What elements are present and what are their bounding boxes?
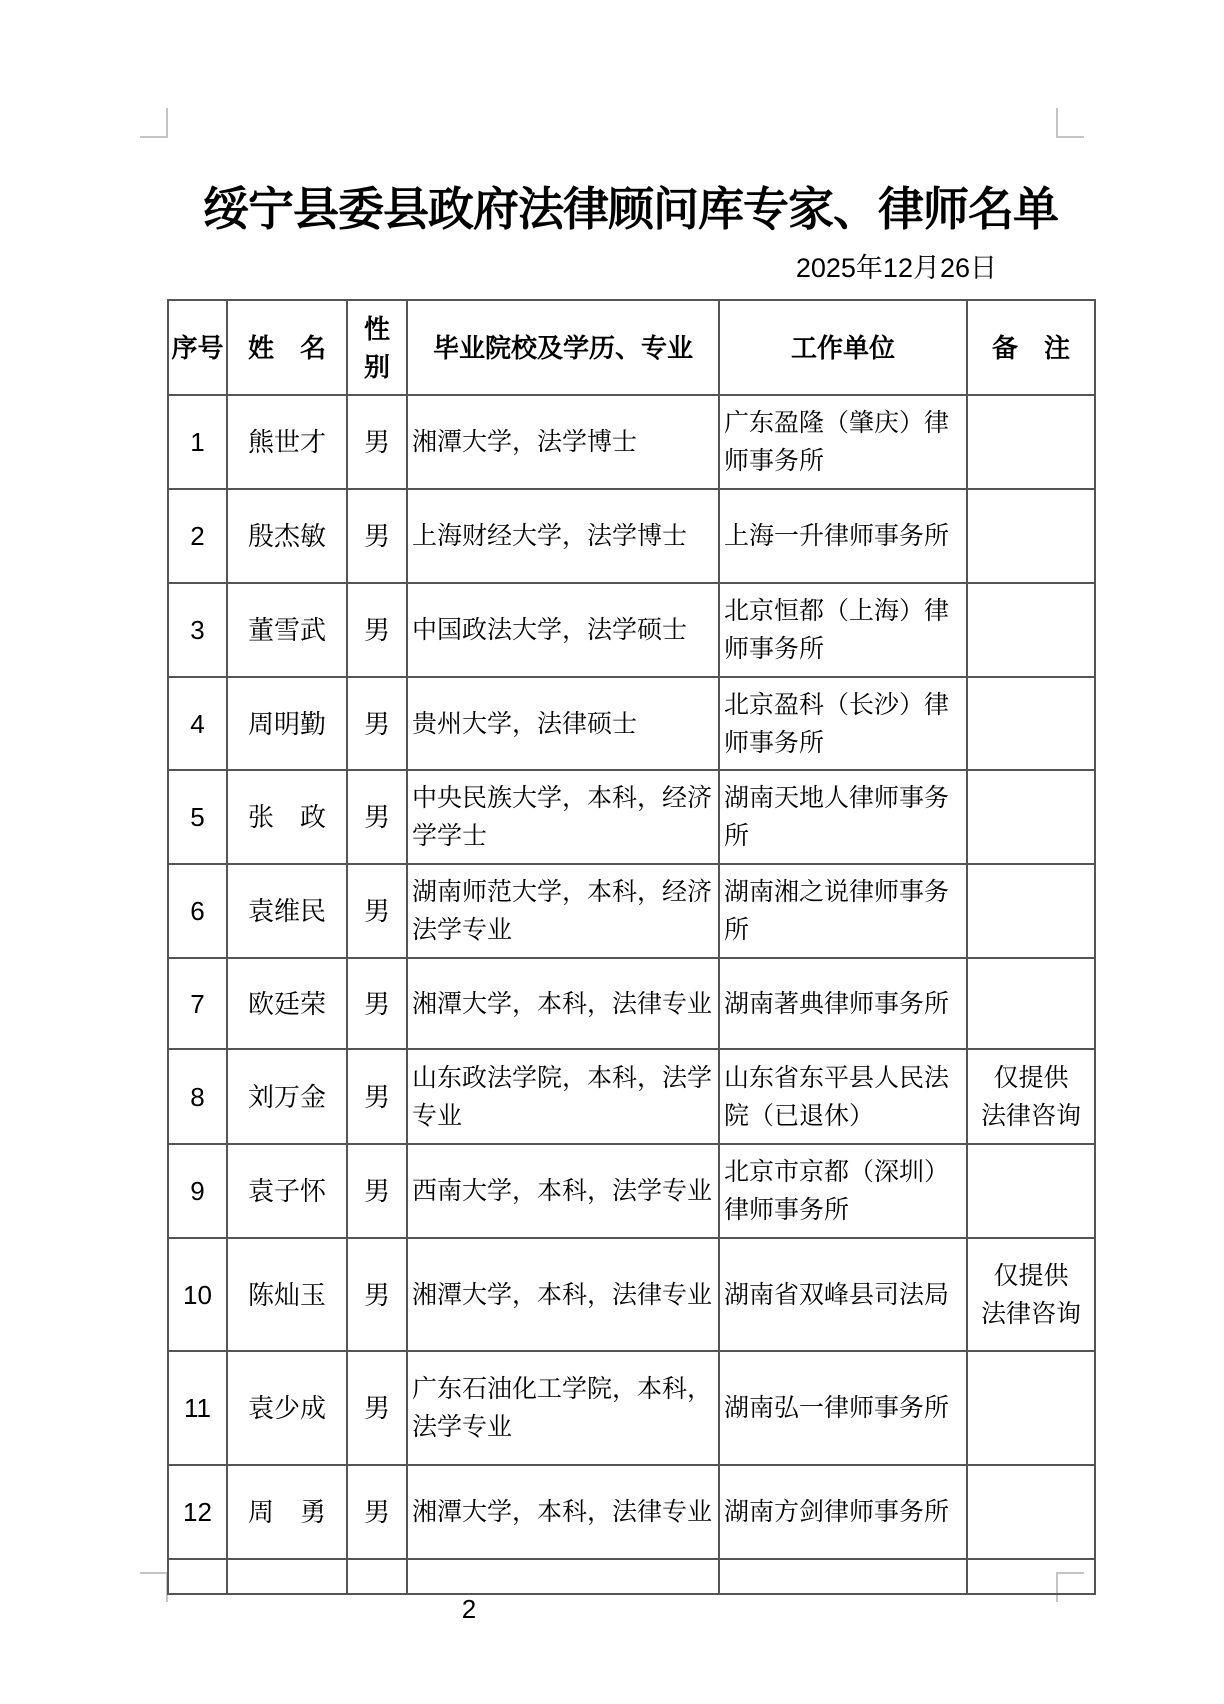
table-row: 10陈灿玉男湘潭大学，本科，法律专业湖南省双峰县司法局仅提供 法律咨询 [168,1238,1095,1351]
column-header-remark: 备 注 [967,300,1095,395]
cell-name: 袁维民 [227,864,347,958]
cell-index: 9 [168,1144,227,1238]
cell-remark: 仅提供 法律咨询 [967,1049,1095,1144]
cell-education: 中国政法大学，法学硕士 [407,583,719,677]
cell-education: 广东石油化工学院，本科，法学专业 [407,1351,719,1465]
table-row: 2殷杰敏男上海财经大学，法学博士上海一升律师事务所 [168,489,1095,583]
cell-index: 5 [168,770,227,864]
cell-name: 周 勇 [227,1465,347,1559]
cell-education: 贵州大学，法律硕士 [407,677,719,770]
cell-gender: 男 [347,677,407,770]
table-row: 1熊世才男湘潭大学，法学博士广东盈隆（肇庆）律师事务所 [168,395,1095,489]
cell-employer: 湖南湘之说律师事务所 [719,864,967,958]
cell-remark [967,1351,1095,1465]
table-row: 3董雪武男中国政法大学，法学硕士北京恒都（上海）律师事务所 [168,583,1095,677]
cell-name: 周明勤 [227,677,347,770]
cell-index: 2 [168,489,227,583]
cell-name: 张 政 [227,770,347,864]
table-row: 11袁少成男广东石油化工学院，本科，法学专业湖南弘一律师事务所 [168,1351,1095,1465]
cell-remark [967,489,1095,583]
cell-remark [967,395,1095,489]
table-body: 1熊世才男湘潭大学，法学博士广东盈隆（肇庆）律师事务所2殷杰敏男上海财经大学，法… [168,395,1095,1594]
cell-education: 湘潭大学，本科，法律专业 [407,1465,719,1559]
cell-remark [967,677,1095,770]
crop-mark-top-left [140,108,168,138]
cell-name: 熊世才 [227,395,347,489]
cell-education: 中央民族大学，本科，经济学学士 [407,770,719,864]
cell-employer: 湖南弘一律师事务所 [719,1351,967,1465]
cell-education: 山东政法学院，本科，法学专业 [407,1049,719,1144]
cell-remark [967,583,1095,677]
cell-index: 10 [168,1238,227,1351]
cell-employer: 北京市京都（深圳）律师事务所 [719,1144,967,1238]
cell-name: 董雪武 [227,583,347,677]
cell-gender: 男 [347,583,407,677]
cell-name: 袁少成 [227,1351,347,1465]
cell-index: 11 [168,1351,227,1465]
header-row: 序号姓 名性 别毕业院校及学历、专业工作单位备 注 [168,300,1095,395]
cell-index: 6 [168,864,227,958]
column-header-education: 毕业院校及学历、专业 [407,300,719,395]
table-row: 9袁子怀男西南大学，本科，法学专业北京市京都（深圳）律师事务所 [168,1144,1095,1238]
cell-education [407,1559,719,1594]
cell-index [168,1559,227,1594]
cell-gender: 男 [347,1144,407,1238]
cell-gender: 男 [347,1238,407,1351]
cell-employer: 山东省东平县人民法院（已退休） [719,1049,967,1144]
cell-employer: 湖南天地人律师事务所 [719,770,967,864]
table-row: 4周明勤男贵州大学，法律硕士北京盈科（长沙）律师事务所 [168,677,1095,770]
table-row: 6袁维民男湖南师范大学，本科，经济法学专业湖南湘之说律师事务所 [168,864,1095,958]
cell-gender: 男 [347,864,407,958]
cell-employer: 湖南方剑律师事务所 [719,1465,967,1559]
cell-employer: 北京恒都（上海）律师事务所 [719,583,967,677]
cell-index: 8 [168,1049,227,1144]
cell-gender: 男 [347,489,407,583]
cell-index: 4 [168,677,227,770]
page-number: 2 [445,1594,493,1624]
cell-gender: 男 [347,1465,407,1559]
cell-remark [967,864,1095,958]
cell-education: 上海财经大学，法学博士 [407,489,719,583]
cell-index: 7 [168,958,227,1049]
crop-mark-top-right [1056,108,1084,138]
table-row: 7欧廷荣男湘潭大学，本科，法律专业湖南著典律师事务所 [168,958,1095,1049]
cell-gender: 男 [347,1049,407,1144]
column-header-gender: 性 别 [347,300,407,395]
cell-index: 3 [168,583,227,677]
cell-education: 湘潭大学，本科，法律专业 [407,1238,719,1351]
cell-employer: 湖南著典律师事务所 [719,958,967,1049]
cell-education: 湘潭大学，本科，法律专业 [407,958,719,1049]
cell-education: 湘潭大学，法学博士 [407,395,719,489]
cell-gender: 男 [347,395,407,489]
table-row [168,1559,1095,1594]
cell-employer: 上海一升律师事务所 [719,489,967,583]
cell-gender: 男 [347,958,407,1049]
cell-name [227,1559,347,1594]
column-header-name: 姓 名 [227,300,347,395]
table-row: 5张 政男中央民族大学，本科，经济学学士湖南天地人律师事务所 [168,770,1095,864]
cell-education: 西南大学，本科，法学专业 [407,1144,719,1238]
cell-index: 1 [168,395,227,489]
document-date: 2025年12月26日 [167,250,997,286]
cell-remark: 仅提供 法律咨询 [967,1238,1095,1351]
data-table: 序号姓 名性 别毕业院校及学历、专业工作单位备 注 1熊世才男湘潭大学，法学博士… [167,299,1096,1595]
cell-name: 袁子怀 [227,1144,347,1238]
cell-name: 殷杰敏 [227,489,347,583]
cell-name: 欧廷荣 [227,958,347,1049]
cell-gender [347,1559,407,1594]
crop-mark-bottom-left [140,1572,168,1602]
cell-gender: 男 [347,770,407,864]
table-row: 12周 勇男湘潭大学，本科，法律专业湖南方剑律师事务所 [168,1465,1095,1559]
cell-name: 陈灿玉 [227,1238,347,1351]
cell-remark [967,1144,1095,1238]
cell-employer: 北京盈科（长沙）律师事务所 [719,677,967,770]
cell-employer: 湖南省双峰县司法局 [719,1238,967,1351]
cell-remark [967,1559,1095,1594]
cell-education: 湖南师范大学，本科，经济法学专业 [407,864,719,958]
cell-index: 12 [168,1465,227,1559]
page-title: 绥宁县委县政府法律顾问库专家、律师名单 [167,177,1094,241]
column-header-index: 序号 [168,300,227,395]
cell-remark [967,1465,1095,1559]
column-header-employer: 工作单位 [719,300,967,395]
cell-remark [967,770,1095,864]
cell-gender: 男 [347,1351,407,1465]
cell-employer: 广东盈隆（肇庆）律师事务所 [719,395,967,489]
table-header: 序号姓 名性 别毕业院校及学历、专业工作单位备 注 [168,300,1095,395]
cell-remark [967,958,1095,1049]
table-row: 8刘万金男山东政法学院，本科，法学专业山东省东平县人民法院（已退休）仅提供 法律… [168,1049,1095,1144]
cell-employer [719,1559,967,1594]
cell-name: 刘万金 [227,1049,347,1144]
